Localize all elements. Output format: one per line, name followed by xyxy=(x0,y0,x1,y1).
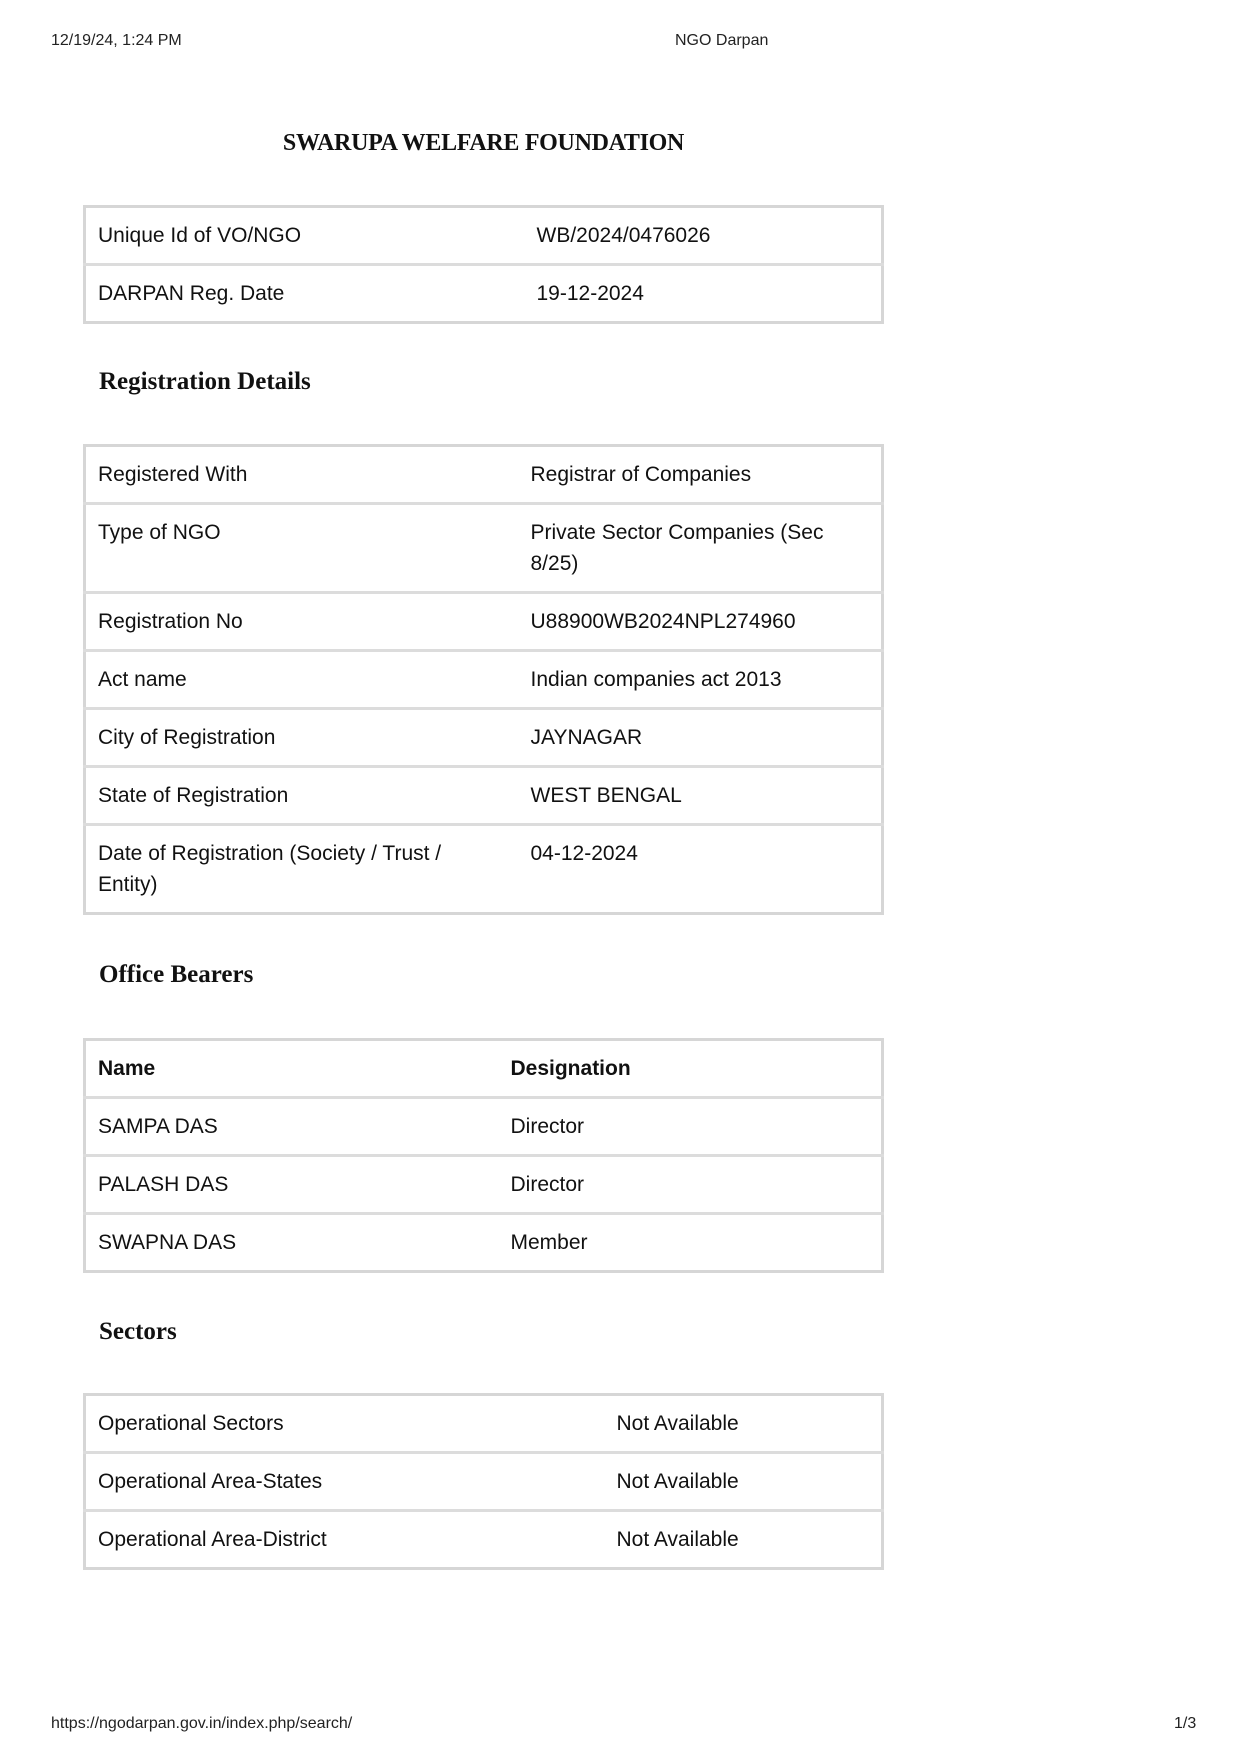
table-row: SAMPA DAS Director xyxy=(85,1098,883,1156)
bearer-name: PALASH DAS xyxy=(85,1156,499,1214)
registration-no-value: U88900WB2024NPL274960 xyxy=(519,593,883,651)
office-bearers-heading: Office Bearers xyxy=(99,961,253,989)
bearer-designation: Director xyxy=(499,1156,883,1214)
registration-no-label: Registration No xyxy=(85,593,519,651)
column-header-designation: Designation xyxy=(499,1040,883,1098)
print-datetime: 12/19/24, 1:24 PM xyxy=(51,32,182,50)
operational-sectors-label: Operational Sectors xyxy=(85,1395,605,1453)
registration-details-heading: Registration Details xyxy=(99,368,311,396)
table-row: SWAPNA DAS Member xyxy=(85,1214,883,1272)
table-row: Operational Area-States Not Available xyxy=(85,1453,883,1511)
darpan-reg-date-value: 19-12-2024 xyxy=(525,265,883,323)
table-row: Registered With Registrar of Companies xyxy=(85,446,883,504)
act-name-label: Act name xyxy=(85,651,519,709)
date-of-registration-label: Date of Registration (Society / Trust / … xyxy=(85,825,519,914)
table-row: City of Registration JAYNAGAR xyxy=(85,709,883,767)
registration-details-table: Registered With Registrar of Companies T… xyxy=(83,444,884,915)
bearer-name: SAMPA DAS xyxy=(85,1098,499,1156)
table-row: Registration No U88900WB2024NPL274960 xyxy=(85,593,883,651)
print-page-number: 1/3 xyxy=(1174,1715,1196,1733)
unique-id-value: WB/2024/0476026 xyxy=(525,207,883,265)
print-page-title: NGO Darpan xyxy=(675,32,768,50)
column-header-name: Name xyxy=(85,1040,499,1098)
operational-area-states-label: Operational Area-States xyxy=(85,1453,605,1511)
registered-with-value: Registrar of Companies xyxy=(519,446,883,504)
operational-sectors-value: Not Available xyxy=(605,1395,883,1453)
date-of-registration-value: 04-12-2024 xyxy=(519,825,883,914)
state-label: State of Registration xyxy=(85,767,519,825)
operational-area-district-value: Not Available xyxy=(605,1511,883,1569)
table-row: Type of NGO Private Sector Companies (Se… xyxy=(85,504,883,593)
state-value: WEST BENGAL xyxy=(519,767,883,825)
bearer-designation: Director xyxy=(499,1098,883,1156)
table-row: Operational Area-District Not Available xyxy=(85,1511,883,1569)
document-title: SWARUPA WELFARE FOUNDATION xyxy=(0,130,967,157)
bearer-name: SWAPNA DAS xyxy=(85,1214,499,1272)
act-name-value: Indian companies act 2013 xyxy=(519,651,883,709)
table-row: PALASH DAS Director xyxy=(85,1156,883,1214)
city-label: City of Registration xyxy=(85,709,519,767)
table-row: DARPAN Reg. Date 19-12-2024 xyxy=(85,265,883,323)
print-footer-url: https://ngodarpan.gov.in/index.php/searc… xyxy=(51,1715,352,1733)
ngo-id-table: Unique Id of VO/NGO WB/2024/0476026 DARP… xyxy=(83,205,884,324)
darpan-reg-date-label: DARPAN Reg. Date xyxy=(85,265,525,323)
table-row: Date of Registration (Society / Trust / … xyxy=(85,825,883,914)
type-of-ngo-value: Private Sector Companies (Sec 8/25) xyxy=(519,504,883,593)
sectors-heading: Sectors xyxy=(99,1318,177,1346)
table-header-row: Name Designation xyxy=(85,1040,883,1098)
table-row: Operational Sectors Not Available xyxy=(85,1395,883,1453)
table-row: Act name Indian companies act 2013 xyxy=(85,651,883,709)
registered-with-label: Registered With xyxy=(85,446,519,504)
bearer-designation: Member xyxy=(499,1214,883,1272)
unique-id-label: Unique Id of VO/NGO xyxy=(85,207,525,265)
type-of-ngo-label: Type of NGO xyxy=(85,504,519,593)
operational-area-states-value: Not Available xyxy=(605,1453,883,1511)
office-bearers-table: Name Designation SAMPA DAS Director PALA… xyxy=(83,1038,884,1273)
sectors-table: Operational Sectors Not Available Operat… xyxy=(83,1393,884,1570)
operational-area-district-label: Operational Area-District xyxy=(85,1511,605,1569)
table-row: Unique Id of VO/NGO WB/2024/0476026 xyxy=(85,207,883,265)
city-value: JAYNAGAR xyxy=(519,709,883,767)
table-row: State of Registration WEST BENGAL xyxy=(85,767,883,825)
